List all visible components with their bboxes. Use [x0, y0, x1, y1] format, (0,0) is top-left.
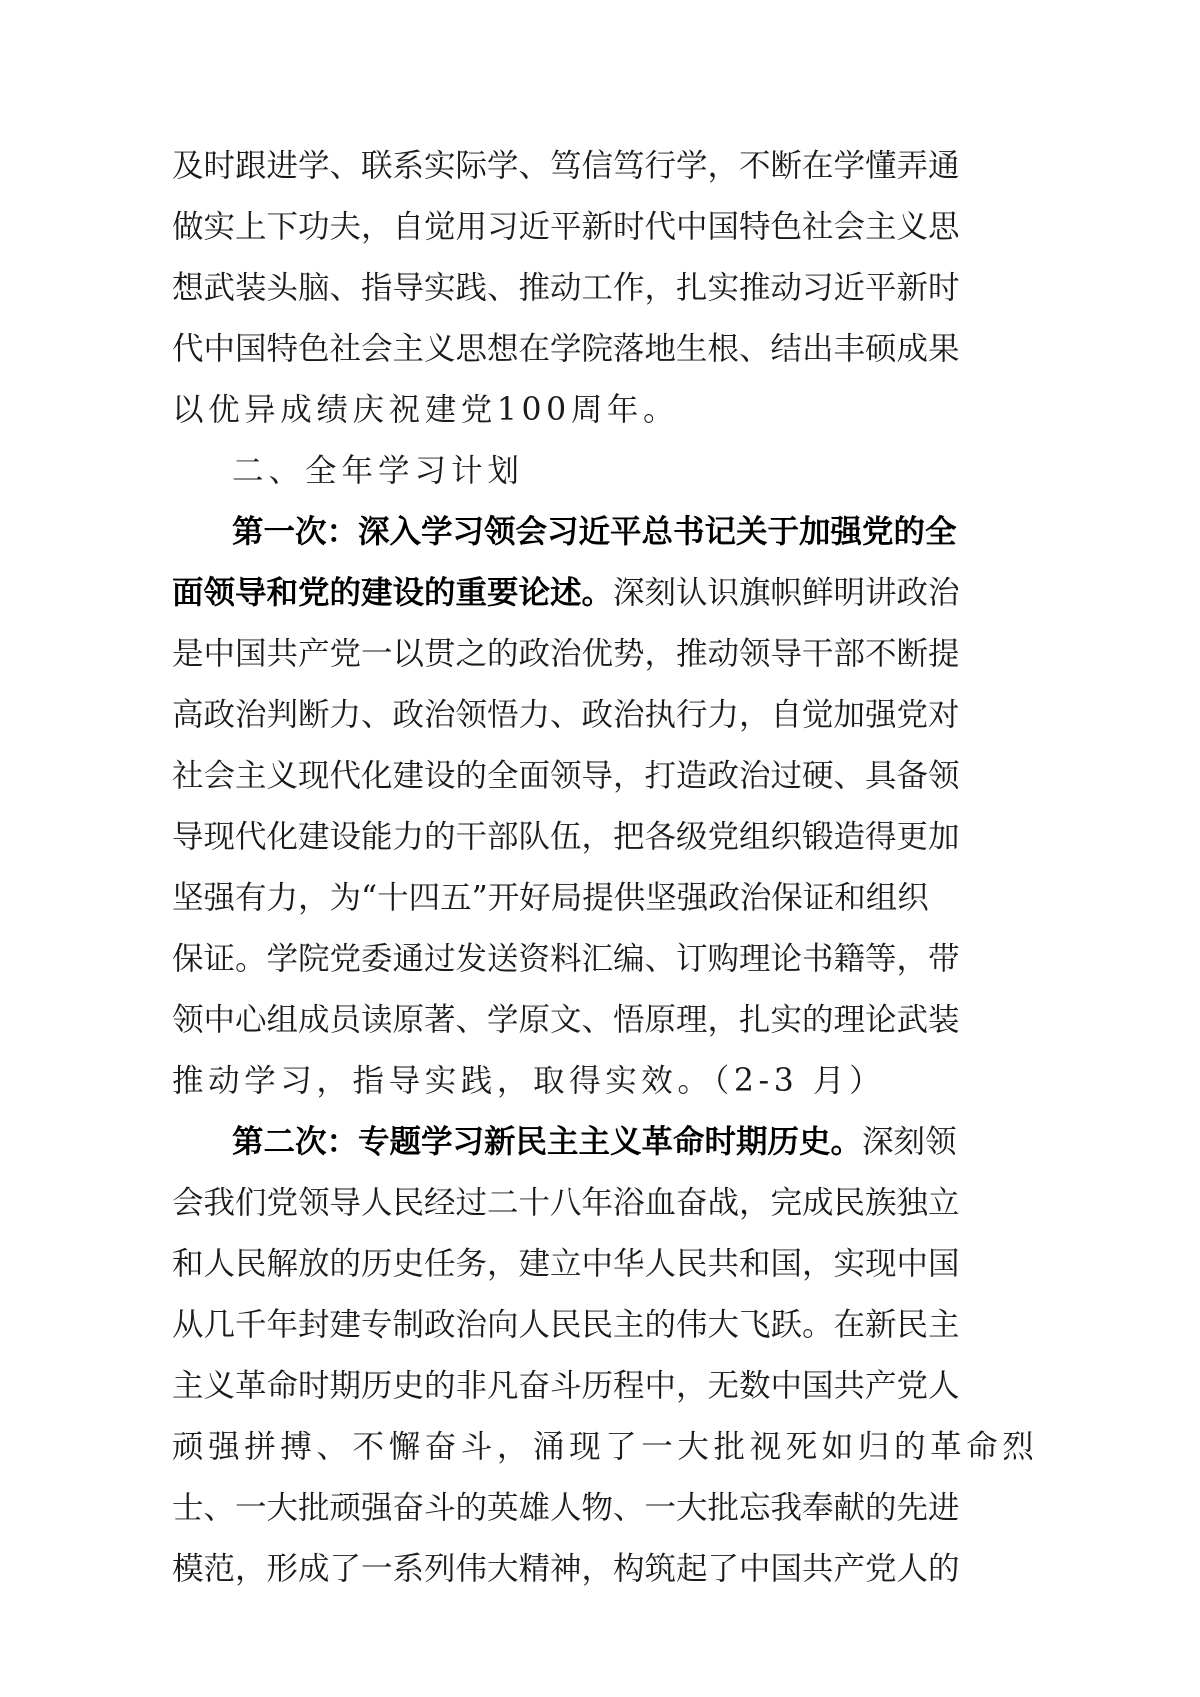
section-heading: 二、全年学习计划 [232, 442, 917, 500]
paragraph-line: 和人民解放的历史任务，建立中华人民共和国，实现中国 [172, 1235, 917, 1293]
paragraph-line: 高政治判断力、政治领悟力、政治执行力，自觉加强党对 [172, 686, 917, 744]
paragraph-line: 导现代化建设能力的干部队伍，把各级党组织锻造得更加 [172, 808, 917, 866]
paragraph-line: 代中国特色社会主义思想在学院落地生根、结出丰硕成果 [172, 320, 917, 378]
paragraph-line: 社会主义现代化建设的全面领导，打造政治过硬、具备领 [172, 747, 917, 805]
paragraph-line: 做实上下功夫，自觉用习近平新时代中国特色社会主义思 [172, 198, 917, 256]
paragraph-line: 领中心组成员读原著、学原文、悟原理，扎实的理论武装 [172, 991, 917, 1049]
paragraph-line: 从几千年封建专制政治向人民民主的伟大飞跃。在新民主 [172, 1296, 917, 1354]
paragraph-line: 会我们党领导人民经过二十八年浴血奋战，完成民族独立 [172, 1174, 917, 1232]
item-2-title: 第二次：专题学习新民主主义革命时期历史。 [232, 1123, 862, 1160]
item-2-body-start: 深刻领 [862, 1124, 957, 1160]
paragraph-line: 以优异成绩庆祝建党100周年。 [172, 381, 917, 439]
paragraph-line: 推动学习，指导实践，取得实效。（2-3 月） [172, 1052, 917, 1110]
document-page: 及时跟进学、联系实际学、笃信笃行学，不断在学懂弄通 做实上下功夫，自觉用习近平新… [0, 0, 1200, 1697]
paragraph-line: 模范，形成了一系列伟大精神，构筑起了中国共产党人的 [172, 1540, 917, 1598]
item-1-title-end: 面领导和党的建设的重要论述。 [172, 574, 613, 611]
paragraph-line: 主义革命时期历史的非凡奋斗历程中，无数中国共产党人 [172, 1357, 917, 1415]
paragraph-line: 及时跟进学、联系实际学、笃信笃行学，不断在学懂弄通 [172, 137, 917, 195]
paragraph-line: 保证。学院党委通过发送资料汇编、订购理论书籍等，带 [172, 930, 917, 988]
item-1-title: 第一次：深入学习领会习近平总书记关于加强党的全 [232, 503, 917, 561]
paragraph-line: 顽强拼搏、不懈奋斗，涌现了一大批视死如归的革命烈 [172, 1418, 872, 1476]
paragraph-line: 是中国共产党一以贯之的政治优势，推动领导干部不断提 [172, 625, 917, 683]
paragraph-line: 坚强有力，为“十四五”开好局提供坚强政治保证和组织 [172, 869, 917, 927]
paragraph-line: 士、一大批顽强奋斗的英雄人物、一大批忘我奉献的先进 [172, 1479, 917, 1537]
item-2-title-line: 第二次：专题学习新民主主义革命时期历史。深刻领 [232, 1113, 917, 1171]
paragraph-line: 想武装头脑、指导实践、推动工作，扎实推动习近平新时 [172, 259, 917, 317]
item-1-title-continuation: 面领导和党的建设的重要论述。深刻认识旗帜鲜明讲政治 [172, 564, 917, 622]
item-1-body-start: 深刻认识旗帜鲜明讲政治 [613, 575, 960, 611]
